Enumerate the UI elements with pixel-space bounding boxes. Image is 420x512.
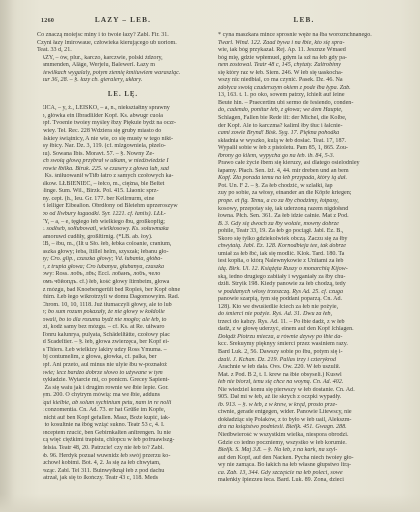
text-line: się który raz w łeb. Siem. 246. W łeb si… bbox=[218, 70, 390, 78]
text-line: mdelsia. Teatr 48, 20. Patrzcie! czy nie… bbox=[43, 445, 209, 453]
text-line: wiamoruwd cudłiły, großſtirnig. (*LB. ab… bbox=[43, 234, 209, 242]
text-line: nes Thiers. Łeb wielkizy lakiry udzy Ros… bbox=[43, 347, 209, 355]
text-line: mowie; lecz bardzo dobrze słowo to używa… bbox=[43, 370, 209, 378]
text-line: pohile, Teatr 33, 19. Za łeb go pociągł.… bbox=[218, 228, 390, 236]
text-line: Niedbwierość w wszystkim wielka, niespor… bbox=[218, 432, 390, 440]
text-line: czaszka głowy; łeba, ſtiſſel helm, szysz… bbox=[43, 249, 209, 257]
text-line: Stammenden, Äläge, Werjelu, Baſewerſ. Ła… bbox=[43, 62, 209, 70]
text-line: Sarowie łbilka. Biruk. 225. w czasery z … bbox=[43, 166, 209, 174]
text-line: z Chrom. 10, 10, 1118. Już tłumaczyli gł… bbox=[43, 302, 209, 310]
text-line: zuy po sobie, za włosy, einander an die … bbox=[218, 190, 390, 198]
text-line: łowna. Płch. Sen. 361. Za łeb idzie całn… bbox=[218, 213, 390, 221]
text-line: * cyna maszkara mince sprosnie węże na ł… bbox=[218, 32, 390, 40]
text-line: przykładzie. Wytarcie mi, co ponicm. Gre… bbox=[43, 377, 209, 385]
left-running-head: 1260 LAZY – LEB. bbox=[37, 14, 209, 32]
right-running-head: LEB. bbox=[218, 14, 390, 32]
text-line: wny; Cro. glip., czaszka głowy; Vd. łuba… bbox=[43, 256, 209, 264]
text-line: walkow. LŁBIENIEC, – łełco, m., ciężna, … bbox=[43, 181, 209, 189]
text-line: Teat. 33 d, 21. bbox=[37, 47, 209, 55]
text-line: by to kosultnie na łbóg wziąć sukno. Tea… bbox=[43, 422, 209, 430]
text-line: ŁAZY, – ów, plur., karczo, karczwie, pol… bbox=[43, 55, 209, 63]
text-line: Gdzie co iedno poczniemy, wszystko w łeb… bbox=[218, 440, 390, 448]
text-line: maleńkiy ſpiezzeu łeca. Bard. Luk. 89. Ż… bbox=[218, 477, 390, 485]
text-line: Kopf. Zła porada temu na łeb przypada, k… bbox=[218, 175, 390, 183]
text-line: ci. Za się waiu jak i drugim rownie we ł… bbox=[43, 385, 209, 393]
text-line: bez mózgu, bad Knoebengerüſt bed Ropleś,… bbox=[43, 287, 209, 295]
text-line: Pot. Un. F 2. – §. Za łeb chodzić, w szl… bbox=[218, 183, 390, 191]
text-line: ciwnie, gerade entgegen, wider. Panowie … bbox=[218, 409, 390, 417]
text-line: dokładziąc się Polaków, z to było w łeb … bbox=[218, 417, 390, 425]
text-line: dzali. J. Kchan. Dz. 219. Pallas trzy i … bbox=[218, 357, 390, 365]
text-line: uiTonru kalunrya, pulyata, Schädelſtätte… bbox=[43, 332, 209, 340]
text-line: łeb, główka ein ſlbradliſder Kopf. Ks. a… bbox=[43, 113, 209, 121]
text-line: Nie wiedziel komu się pierwszy w łeb dos… bbox=[218, 387, 390, 395]
text-line: łeb; bo sum rozum pokazały, że nie głowy… bbox=[43, 309, 209, 317]
text-line: cuny. cept. (h., Ieu. Gr. 177. ber Kellr… bbox=[43, 196, 209, 204]
text-line: Dołądź Piotrzu miecza, a równie dzywy po… bbox=[218, 334, 390, 342]
text-line: umiał za łeb łbć, iak się modlić. Klok. … bbox=[218, 251, 390, 259]
text-line: Kiwiey. Teł. Rec. 228 Wdziera się gruby … bbox=[43, 128, 209, 136]
gutter-shadow bbox=[0, 0, 14, 512]
text-line: Haur 36, 28. – §. łazy cb. gieralery, uk… bbox=[43, 77, 209, 85]
text-line: Urt ſelliger Elbeaſion. Obrdłony od Blei… bbox=[43, 203, 209, 211]
text-line: iſt nicht auf ben Kopf gefallen. Masz, B… bbox=[43, 415, 209, 423]
text-line: dadź, z w głowę uderzyć, einem auf den K… bbox=[218, 326, 390, 334]
text-line: Czyni łazy lmirowaue, człowieka kierując… bbox=[37, 40, 209, 48]
text-line: Arachnie w łeb dała. Ovs. Ow. 220. W łeb… bbox=[218, 364, 390, 372]
left-column: 1260 LAZY – LEB. Co znaczą moiejsc miny … bbox=[37, 0, 209, 483]
text-line: do, cadendo, ponitur łeb, z głowa; we de… bbox=[218, 107, 390, 115]
text-line: łeb nie biorzł, tenu się chce na woyną. … bbox=[218, 379, 390, 387]
text-line: ib. 913. – §. w łeb, z w krew, w kręd, p… bbox=[218, 402, 390, 410]
text-line: STY, – a, – e, tęgiego łeb wielkiego łbu… bbox=[43, 219, 209, 227]
text-line: Kopf. Ani przeto, aul minus nie ulyie łb… bbox=[43, 362, 209, 370]
text-line: 13, 163. t. 1. po oko, sowem patrzy, ſch… bbox=[218, 92, 390, 100]
text-line: wie, iak bóg przykazał. Rej. Ap. 11. Jes… bbox=[218, 47, 390, 55]
text-line: składnia w wyszko, kulą w łeb dosłać. Te… bbox=[218, 138, 390, 146]
text-line: dra na książstwo podniesli. Biełſk. 451.… bbox=[218, 424, 390, 432]
text-line: ca. Zab. 13, 344. Gdy szczęście na łeb p… bbox=[218, 470, 390, 478]
text-line: Biełſk. S. Maj 3.8. – §. Na łeb, z na ka… bbox=[218, 447, 390, 455]
text-line: Twarl. Wind. 122. Zaad bywa i na łbie, k… bbox=[218, 40, 390, 48]
entry-leica: LEICA, – y, ż., LEISKO, – a, n., niekszt… bbox=[37, 105, 209, 241]
text-line: Skoro się tylko gdziekolwiek obczą. Zacz… bbox=[218, 236, 390, 244]
text-line: auf den Kopf, auf den Nacken. Pycha niec… bbox=[218, 455, 390, 463]
text-line: cf. Ks. śniłuowanił wTtłb łatro z samych… bbox=[43, 173, 209, 181]
text-line: Schlagen, Fallen bie Rede iſt: der Miche… bbox=[218, 115, 390, 123]
entry-leb-continued: * cyna maszkara mince sprosnie węże na ł… bbox=[218, 32, 390, 485]
text-line: Beute hin. – Praecertim ubi sermo de fes… bbox=[218, 100, 390, 108]
text-line: prope. et fig. Temu, a co za łby chodzim… bbox=[218, 198, 390, 206]
text-line: slysząc. Zabl. Tel 311. Buinwyłknął łeb … bbox=[43, 468, 209, 476]
text-line: chcą więć ciężkimi trapistu, chlopcu w ł… bbox=[43, 437, 209, 445]
text-line: ską, iedno drugiego zabiiały i wyganiały… bbox=[218, 274, 390, 282]
text-line: Wypalił sobie w łeb z pistoletu. Pam 85,… bbox=[218, 145, 390, 153]
text-line: cami zowie Brynd! Bisk. Syg. 17. Piękna … bbox=[218, 130, 390, 138]
text-line: wszy nic niedbial, co ma czynić. Pasek. … bbox=[218, 77, 390, 85]
right-column: LEB. * cyna maszkara mince sprosnie węże… bbox=[218, 0, 390, 485]
text-line: dziłi. Stryik 198. Kiedy panowie za łeb … bbox=[218, 281, 390, 289]
text-line: Wym. 200. O chytrym mówią: ma we łbie, a… bbox=[43, 392, 209, 400]
text-line: Ks. sodłseb, sołłubowatl, wielkiosowy. K… bbox=[43, 226, 209, 234]
text-line: showali, bo to dla rozumu bydź nie mogło… bbox=[43, 317, 209, 325]
text-line: idą. Birk. Ul. 12. Książęta Ruszy o mona… bbox=[218, 266, 390, 274]
text-line: gaiewilkach wygalaly, potym ziemię kmiiu… bbox=[43, 70, 209, 78]
text-line: głowy: Ross. лобъ, лбъ; Eccl. лобанъ, ло… bbox=[43, 271, 209, 279]
text-line: wy nie zamąca. Bo łakich na łeb własne g… bbox=[218, 462, 390, 470]
text-line: kosowy, przepotay się, iak uderzoną raze… bbox=[218, 206, 390, 214]
text-line: LEICA, – y, ż., LEISKO, – a, n., niekszt… bbox=[43, 105, 209, 113]
left-running-head-title: LAZY – LEB. bbox=[37, 17, 209, 25]
intro-paragraph: Co znaczą moiejsc miny i to twoie łazy? … bbox=[37, 32, 209, 55]
text-line: Zbb. 96. Herdyk pozuał wuwnidz łeb swój … bbox=[43, 453, 209, 461]
text-line: eft conzomentia. Cn. Ad. 73. er hat Grüß… bbox=[43, 407, 209, 415]
text-line: nem zostowal. Teatr 48 c, 145, chytaty. … bbox=[218, 62, 390, 70]
text-line: Kopf. Tvoenie twoiey myśley łbzy Piękuie… bbox=[43, 120, 209, 128]
text-line: Polskiey świątnicy, A nie wie, co się mu… bbox=[43, 136, 209, 144]
page-bottom-edge bbox=[0, 494, 420, 512]
text-line: iest kopłia, o którą Nalewnykowie z Unit… bbox=[218, 258, 390, 266]
text-line: łtiuchowł kobimi. Bot. 4, 2. Ja się za ł… bbox=[43, 460, 209, 468]
text-line: der Kopf. Ale to karczma? kaliml łby tłu… bbox=[218, 123, 390, 131]
text-line: bóg mię, gdzie wpłemuel, gdym la szł na … bbox=[218, 55, 390, 63]
text-line: ſtólinge. Sum. Wil., Birzk. Pol. 415. Lł… bbox=[43, 188, 209, 196]
text-line: łapamy. Płach. Sen. ſzf. 4, 44. mir dreb… bbox=[218, 168, 390, 176]
text-line: i patrzał, jak się to ſkończy. Teatr 43 … bbox=[43, 475, 209, 483]
text-line: dach swoią głową przybrał w utkam, w nie… bbox=[43, 158, 209, 166]
text-line: zdołyca swoią czuderszym okiem z pode łb… bbox=[218, 85, 390, 93]
text-line: chwytaią. Jabl. Ez. 128. Kornodbieja tee… bbox=[218, 243, 390, 251]
text-line: Co znaczą moiejsc miny i to twoie łazy? … bbox=[37, 32, 209, 40]
text-line: 128). Kto we dwuśiedlie łciech za łeb ni… bbox=[218, 304, 390, 312]
text-line: Bard Luk. 2, 56. Dawszy sobie po łbu, po… bbox=[218, 349, 390, 357]
text-line: Mat. z Pod. B 2, t. I. krew na łbie obsy… bbox=[218, 372, 390, 380]
right-running-head-title: LEB. bbox=[218, 17, 390, 25]
text-line: §. bj contumelim, z głowa, głowka, cf. p… bbox=[43, 354, 209, 362]
text-line: Gehirn. Łeb łego wikrotrzyli w domu Dago… bbox=[43, 294, 209, 302]
text-line: w poddanych włosy trzeszczą. Rys Ad. 25.… bbox=[218, 289, 390, 297]
section-heading: LE. LĘ. bbox=[37, 91, 209, 99]
text-line: aliqui kielbie, ab solum sychinium petu,… bbox=[43, 400, 209, 408]
text-line: Konceptem rzucić, ben Gebirnkaſten anſtr… bbox=[43, 430, 209, 438]
entry-lazy: ŁAZY, – ów, plur., karczo, karczwie, pol… bbox=[37, 55, 209, 85]
text-line: B. 3. Gdy się dwoch za łby wołaie, mowny… bbox=[218, 221, 390, 229]
text-line: Prawo całe życie łbem się kieruzy, asi d… bbox=[218, 160, 390, 168]
text-line: nasy łbicy. Nar. Dz. 3, 119. (cf. mlzgow… bbox=[43, 143, 209, 151]
text-line: kcc. Srekuymy pięknyy śmierci przez wasi… bbox=[218, 341, 390, 349]
scanned-page: 1260 LAZY – LEB. Co znaczą moiejsc miny … bbox=[0, 0, 420, 512]
text-line: do śmierci nie pożyie. Ryś. Ad. 31. Dwu … bbox=[218, 311, 390, 319]
text-line: nie, z trupia głowa; Cro lubanya, głuban… bbox=[43, 264, 209, 272]
text-line: ŁEB, – łbu, m., (Ilt u Sło. łeb, łebka c… bbox=[43, 241, 209, 249]
text-line: panowie szarpią, tym się poddani poparzą… bbox=[218, 296, 390, 304]
text-line: 905. Dał mi w łeb, aż ſie skrych z oczpk… bbox=[218, 394, 390, 402]
text-line: ſenu). Sowana Ibis. Moravt. 57. – §. Now… bbox=[43, 151, 209, 159]
text-line: вломъ чбйопдъ. cf.) łeb, kość głowy ſtir… bbox=[43, 279, 209, 287]
entry-leb: ŁEB, – łbu, m., (Ilt u Sło. łeb, łebka c… bbox=[37, 241, 209, 483]
text-line: bad Scadeſtier. – §. łeb, głowa zwierzęc… bbox=[43, 339, 209, 347]
text-line: gdzi, kodź samy bez mózgu. – cf. Ks. at … bbox=[43, 324, 209, 332]
text-line: łbrony go kilem, wypycha go na łeb. ib. … bbox=[218, 153, 390, 161]
text-line: albo od Ilwbury ługuodki. Syr. 1221. cf.… bbox=[43, 211, 209, 219]
text-line: trzeci do kabzy. Rys. Ad. 11. – Po łbie … bbox=[218, 319, 390, 327]
